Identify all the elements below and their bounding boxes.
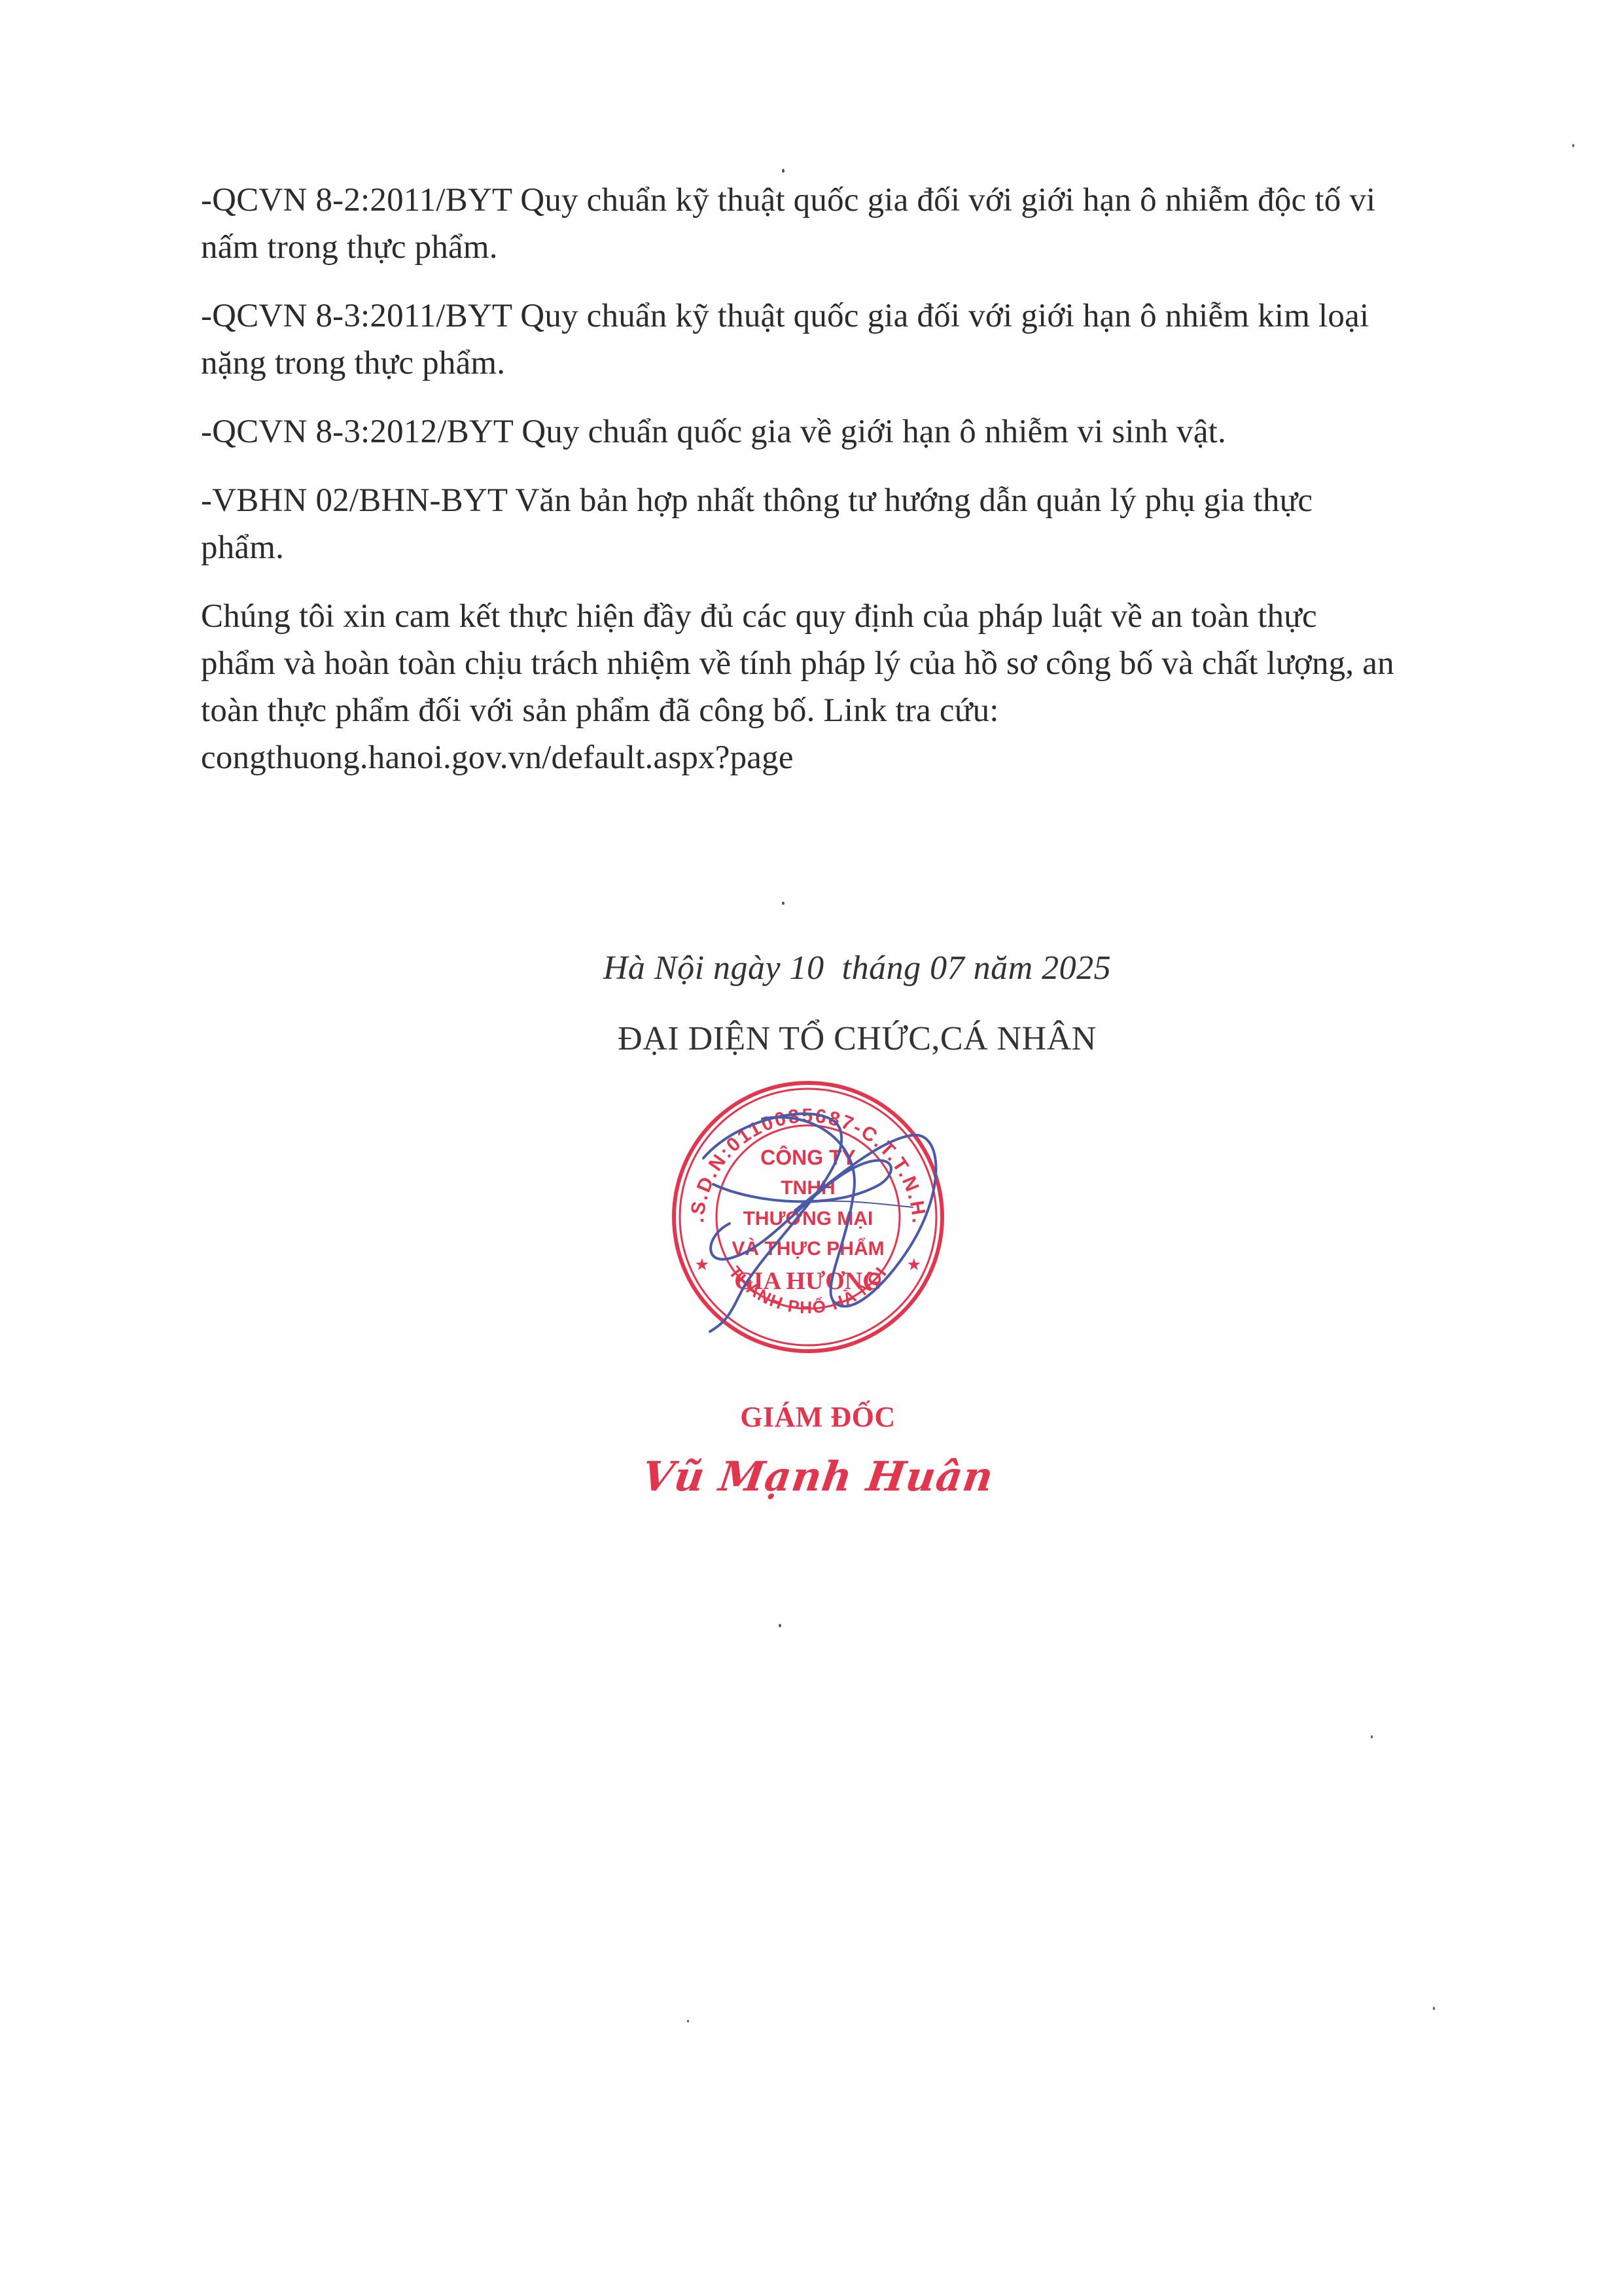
scan-speck	[1371, 1735, 1373, 1739]
date-line: Hà Nội ngày 10 tháng 07 năm 2025	[563, 945, 1152, 991]
scan-speck	[687, 2020, 689, 2022]
scan-speck	[1572, 144, 1574, 147]
regulation-item-qcvn-8-3-2011: -QCVN 8-3:2011/BYT Quy chuẩn kỹ thuật qu…	[201, 292, 1398, 387]
regulation-item-qcvn-8-2-2011: -QCVN 8-2:2011/BYT Quy chuẩn kỹ thuật qu…	[201, 177, 1398, 271]
commitment-paragraph: Chúng tôi xin cam kết thực hiện đầy đủ c…	[201, 593, 1398, 781]
scan-speck	[1433, 2007, 1435, 2010]
regulation-item-vbhn-02: -VBHN 02/BHN-BYT Văn bản hợp nhất thông …	[201, 477, 1398, 571]
signatory-name: Vũ Mạnh Huân	[612, 1453, 1024, 1500]
svg-text:★: ★	[908, 1256, 921, 1273]
svg-text:THƯƠNG MẠI: THƯƠNG MẠI	[743, 1208, 874, 1229]
scan-speck	[779, 1624, 781, 1627]
document-page: -QCVN 8-2:2011/BYT Quy chuẩn kỹ thuật qu…	[0, 0, 1624, 2296]
representative-label: ĐẠI DIỆN TỔ CHỨC,CÁ NHÂN	[563, 1016, 1152, 1062]
company-seal: M.S.D.N:0110085687-C.T.T.N.H.H THÀNH PHỐ…	[664, 1073, 952, 1361]
document-body: -QCVN 8-2:2011/BYT Quy chuẩn kỹ thuật qu…	[201, 177, 1398, 803]
regulation-item-qcvn-8-3-2012: -QCVN 8-3:2012/BYT Quy chuẩn quốc gia về…	[201, 408, 1398, 455]
signatory-title: GIÁM ĐỐC	[654, 1400, 981, 1434]
signature-block: Hà Nội ngày 10 tháng 07 năm 2025 ĐẠI DIỆ…	[563, 945, 1152, 1062]
svg-text:GIA HƯƠNG: GIA HƯƠNG	[734, 1267, 882, 1295]
scan-speck	[782, 169, 785, 173]
scan-speck	[782, 902, 785, 905]
svg-text:★: ★	[696, 1256, 709, 1273]
svg-text:TNHH: TNHH	[781, 1177, 835, 1199]
seal-stamp-icon: M.S.D.N:0110085687-C.T.T.N.H.H THÀNH PHỐ…	[664, 1073, 952, 1361]
